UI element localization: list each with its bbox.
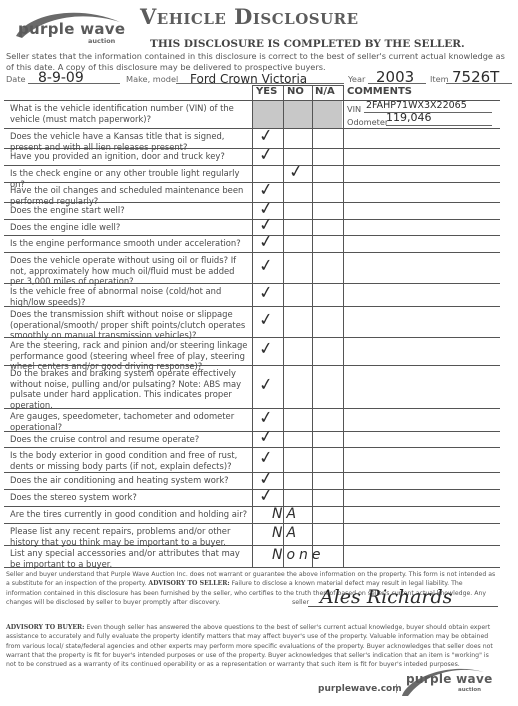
vehicle-info-fields: Date 8-9-09 Make, model Ford Crown Victo…	[6, 68, 516, 86]
vin-value: 2FAHP71WX3X22065	[366, 100, 467, 111]
checkmark-yes-icon[interactable]: ✓	[258, 127, 274, 146]
advisory-buyer-label: ADVISORY TO BUYER:	[6, 624, 84, 631]
question-text: What is the vehicle identification numbe…	[10, 103, 250, 124]
column-header-na: N/A	[315, 86, 335, 97]
footer-logo-subtext: auction	[458, 687, 481, 693]
checkmark-yes-icon[interactable]: ✓	[258, 233, 274, 252]
column-divider	[312, 85, 313, 567]
checkmark-yes-icon[interactable]: ✓	[258, 376, 274, 395]
question-text: Does the vehicle have a Kansas title tha…	[10, 131, 250, 152]
odometer-label: Odometer	[347, 117, 388, 127]
comment-cell[interactable]	[344, 338, 499, 365]
checkmark-yes-icon[interactable]: ✓	[258, 146, 274, 165]
logo-wordmark: purple wave	[18, 20, 125, 38]
date-value: 8-9-09	[38, 70, 84, 86]
column-divider	[283, 85, 284, 567]
checkmark-yes-icon[interactable]: ✓	[258, 257, 274, 276]
comment-cell[interactable]	[344, 236, 499, 252]
checkmark-yes-icon[interactable]: ✓	[258, 340, 274, 359]
footer-website-link[interactable]: purplewave.com	[318, 684, 402, 694]
footer-logo: purple wave auction	[398, 662, 488, 698]
checkmark-no-icon[interactable]: ✓	[288, 163, 304, 182]
handwritten-answer: NA	[272, 506, 300, 522]
question-text: Does the engine start well?	[10, 205, 250, 216]
column-header-comments: COMMENTS	[347, 86, 412, 97]
item-value: 7526T	[452, 68, 499, 86]
question-text: Is the body exterior in good condition a…	[10, 450, 250, 471]
comment-cell[interactable]	[344, 448, 499, 472]
question-text: List any special accessories and/or attr…	[10, 548, 250, 569]
comment-cell[interactable]	[344, 129, 499, 148]
column-header-no: NO	[287, 86, 304, 97]
question-text: Does the air conditioning and heating sy…	[10, 475, 250, 486]
comment-cell[interactable]	[344, 166, 499, 182]
question-text: Are the tires currently in good conditio…	[10, 509, 250, 520]
comment-cell[interactable]	[344, 546, 499, 567]
comment-cell[interactable]	[344, 366, 499, 408]
question-text: Does the vehicle operate without using o…	[10, 255, 250, 287]
handwritten-answer: None	[272, 547, 325, 563]
question-text: Does the engine idle well?	[10, 222, 250, 233]
year-value: 2003	[376, 68, 414, 86]
vin-label: VIN	[347, 104, 361, 114]
comment-cell[interactable]	[344, 409, 499, 431]
year-label: Year	[348, 74, 365, 84]
question-text: Is the engine performance smooth under a…	[10, 238, 250, 249]
question-text: Please list any recent repairs, problems…	[10, 526, 250, 547]
question-text: Are gauges, speedometer, tachometer and …	[10, 411, 250, 432]
seller-label: seller	[292, 599, 309, 606]
logo-subtext: auction	[88, 37, 115, 45]
question-text: Have the oil changes and scheduled maint…	[10, 185, 250, 206]
checkmark-yes-icon[interactable]: ✓	[258, 311, 274, 330]
question-text: Is the vehicle free of abnormal noise (c…	[10, 286, 250, 307]
vin-shaded-cells	[253, 101, 342, 128]
comment-cell[interactable]	[344, 473, 499, 489]
odometer-value: 119,046	[386, 111, 432, 124]
checkmark-yes-icon[interactable]: ✓	[258, 449, 274, 468]
comment-cell[interactable]	[344, 507, 499, 523]
question-text: Does the transmission shift without nois…	[10, 309, 250, 341]
comment-cell[interactable]	[344, 284, 499, 306]
question-text: Do the brakes and braking system operate…	[10, 368, 250, 410]
comment-cell[interactable]	[344, 490, 499, 506]
comment-cell[interactable]	[344, 432, 499, 447]
make-model-label: Make, model	[126, 74, 178, 84]
checkmark-yes-icon[interactable]: ✓	[258, 428, 274, 447]
handwritten-answer: NA	[272, 525, 300, 541]
purple-wave-logo: purple wave auction	[8, 4, 128, 46]
question-text: Does the cruise control and resume opera…	[10, 434, 250, 445]
page-title: Vehicle Disclosure	[140, 4, 359, 29]
make-model-value: Ford Crown Victoria	[190, 72, 307, 86]
checkmark-yes-icon[interactable]: ✓	[258, 181, 274, 200]
table-top-border	[252, 85, 343, 86]
comment-cell[interactable]	[344, 183, 499, 202]
column-header-yes: YES	[256, 86, 277, 97]
comment-cell[interactable]	[344, 220, 499, 235]
date-label: Date	[6, 74, 26, 84]
comment-cell[interactable]	[344, 253, 499, 283]
column-divider	[252, 85, 253, 567]
page-subtitle: THIS DISCLOSURE IS COMPLETED BY THE SELL…	[150, 38, 465, 50]
footer-logo-wordmark: purple wave	[406, 672, 493, 686]
checkmark-yes-icon[interactable]: ✓	[258, 409, 274, 428]
seller-signature: Ales Richards	[320, 586, 452, 608]
question-text: Does the stereo system work?	[10, 492, 250, 503]
comment-cell[interactable]	[344, 149, 499, 165]
checkmark-yes-icon[interactable]: ✓	[258, 487, 274, 506]
comment-cell[interactable]	[344, 524, 499, 545]
question-text: Are the steering, rack and pinion and/or…	[10, 340, 250, 372]
checkmark-yes-icon[interactable]: ✓	[258, 284, 274, 303]
comment-cell[interactable]	[344, 203, 499, 219]
advisory-seller-label: ADVISORY TO SELLER:	[148, 580, 229, 587]
comment-cell[interactable]	[344, 307, 499, 337]
question-text: Have you provided an ignition, door and …	[10, 151, 250, 162]
